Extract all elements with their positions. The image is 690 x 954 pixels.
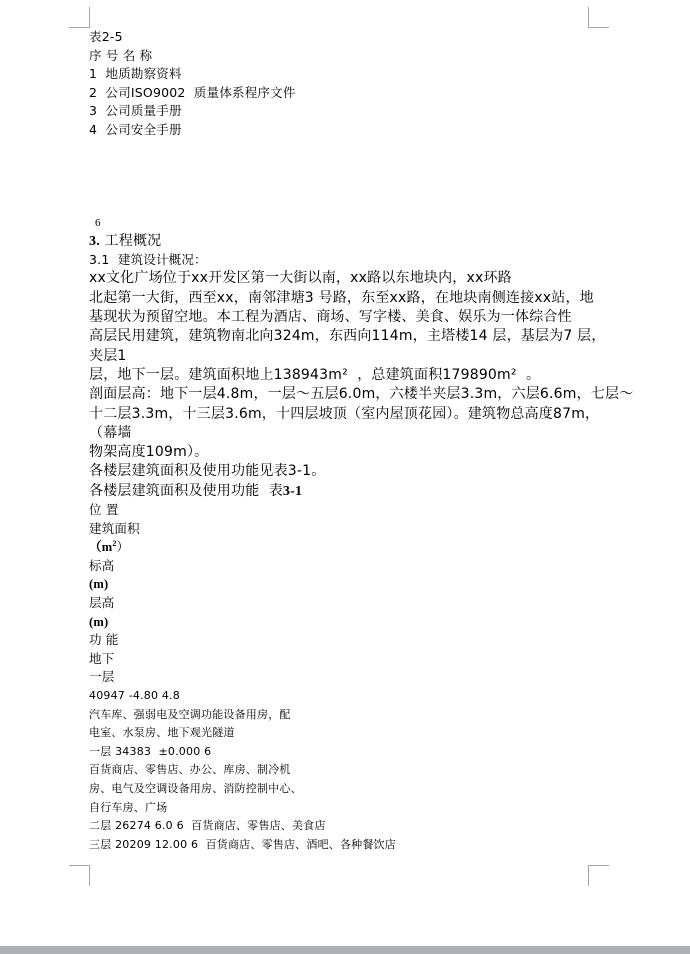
- document-page: 表2-5 序 号 名 称 1 地质勘察资料 2 公司ISO9002 质量体系程序…: [0, 0, 690, 946]
- table-3-1-row-line: 自行车房、广场: [89, 799, 594, 818]
- paragraph-line: 夹层1: [89, 347, 594, 366]
- paragraph-line: 高层民用建筑，建筑物南北向324m，东西向114m，主塔楼14 层，基层为7 层…: [89, 327, 594, 346]
- table-3-1-header-elevation: 标高: [89, 557, 594, 576]
- paragraph-line: 层，地下一层。建筑面积地上138943m² ，总建筑面积179890m² 。: [89, 366, 594, 385]
- section-heading: 3. 工程概况: [89, 232, 594, 251]
- table-2-5-row: 1 地质勘察资料: [89, 65, 594, 84]
- table-3-1-row-line: 一层 34383 ±0.000 6: [89, 743, 594, 762]
- paragraph-line: 基现状为预留空地。本工程为酒店、商场、写字楼、美食、娱乐为一体综合性: [89, 308, 594, 327]
- area-unit-close: ）: [117, 539, 130, 554]
- table-3-1-title: 各楼层建筑面积及使用功能 表3-1: [89, 482, 594, 501]
- table-3-1-row-line: 百货商店、零售店、办公、库房、制冷机: [89, 761, 594, 780]
- table-3-1-header-function: 功 能: [89, 631, 594, 650]
- paragraph-line: （幕墙: [89, 424, 594, 443]
- corner-mark-bottom-right: [588, 865, 609, 886]
- table-3-1-row-line: 二层 26274 6.0 6 百货商店、零售店、美食店: [89, 817, 594, 836]
- page-number: 6: [89, 214, 594, 232]
- paragraph-line: 十二层3.3m，十三层3.6m，十四层坡顶（室内屋顶花园）。建筑物总高度87m，: [89, 405, 594, 424]
- table-3-1-row-line: 电室、水泵房、地下观光隧道: [89, 724, 594, 743]
- table-2-5-row: 4 公司安全手册: [89, 121, 594, 140]
- table-3-1-header-position: 位 置: [89, 501, 594, 520]
- section-heading-text: 工程概况: [100, 233, 161, 249]
- table-3-1-row-line: 地下: [89, 650, 594, 669]
- paragraph-line: 北起第一大街，西至xx，南邻津塘3 号路，东至xx路，在地块南侧连接xx站，地: [89, 289, 594, 308]
- table-2-5-row: 2 公司ISO9002 质量体系程序文件: [89, 84, 594, 103]
- table-3-1-header-floor-height: 层高: [89, 594, 594, 613]
- table-2-5-caption: 表2-5: [89, 28, 594, 47]
- table-3-1-row-line: 三层 20209 12.00 6 百货商店、零售店、酒吧、各种餐饮店: [89, 836, 594, 855]
- paragraph-line: 物架高度109m）。: [89, 443, 594, 462]
- table-3-1-row-line: 房、电气及空调设备用房、消防控制中心、: [89, 780, 594, 799]
- table-3-1-row-line: 汽车库、强弱电及空调功能设备用房，配: [89, 706, 594, 725]
- table-3-1-row-line: 40947 -4.80 4.8: [89, 687, 594, 706]
- blank-space: [89, 140, 594, 214]
- section-heading-number: 3.: [89, 234, 100, 249]
- table-3-1-row-line: 一层: [89, 668, 594, 687]
- area-unit-text: （m: [89, 540, 112, 554]
- document-body: 表2-5 序 号 名 称 1 地质勘察资料 2 公司ISO9002 质量体系程序…: [89, 28, 594, 854]
- corner-mark-bottom-left: [69, 865, 90, 886]
- corner-mark-top-right: [588, 7, 609, 28]
- paragraph-line: 剖面层高：地下一层4.8m，一层～五层6.0m，六楼半夹层3.3m，六层6.6m…: [89, 385, 594, 404]
- table-3-1-header-area-unit: （m2）: [89, 538, 594, 557]
- page-separator-bar: [0, 946, 690, 954]
- table-3-1-title-text: 各楼层建筑面积及使用功能 表: [89, 483, 283, 499]
- paragraph-line: 各楼层建筑面积及使用功能见表3-1。: [89, 462, 594, 481]
- table-3-1-header-floor-height-unit: (m): [89, 613, 594, 632]
- table-2-5-header: 序 号 名 称: [89, 47, 594, 66]
- table-2-5-row: 3 公司质量手册: [89, 102, 594, 121]
- table-3-1-header-area: 建筑面积: [89, 520, 594, 539]
- table-3-1-title-number: 3-1: [283, 484, 302, 499]
- table-3-1-header-elevation-unit: (m): [89, 575, 594, 594]
- subsection-heading: 3.1 建筑设计概况：: [89, 251, 594, 270]
- corner-mark-top-left: [69, 7, 90, 28]
- paragraph-line: xx文化广场位于xx开发区第一大街以南，xx路以东地块内，xx环路: [89, 269, 594, 288]
